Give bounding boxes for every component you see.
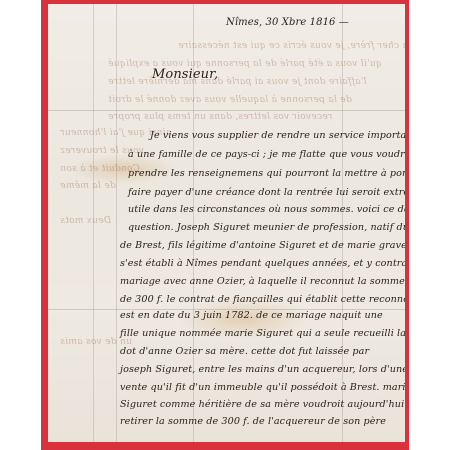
- letter-body-line: à une famille de ce pays-ci ; je me flat…: [128, 149, 405, 160]
- letter-body-line: s'est établi à Nîmes pendant quelques an…: [120, 258, 405, 269]
- bleed-through-text: qu'il vous a été parlé de la personne qu…: [108, 59, 382, 69]
- letter-body-line: fille unique nommée marie Siguret qui a …: [120, 328, 405, 339]
- letter-body-line: Siguret comme héritière de sa mère voudr…: [120, 399, 404, 410]
- letter-body-line: faire payer d'une créance dont la rentré…: [128, 187, 405, 198]
- fold-line: [48, 110, 405, 111]
- bleed-through-text: l'affaire dont je vous ai parlé dans ma …: [108, 77, 367, 87]
- letter-body-line: de Brest, fils légitime d'antoine Sigure…: [120, 240, 405, 251]
- letter-body-line: est en date du 3 juin 1782. de ce mariag…: [120, 310, 383, 321]
- letter-body-line: de 300 f. le contrat de fiançailles qui …: [120, 294, 405, 305]
- bleed-through-text: mon cher frère, je vous écris ce qui est…: [178, 41, 405, 51]
- letter-body-line: mariage avec anne Ozier, à laquelle il r…: [120, 276, 405, 287]
- bleed-through-text: Deux mots: [60, 216, 111, 226]
- letter-body-line: vente qu'il fit d'un immeuble qu'il poss…: [120, 382, 405, 393]
- letter-body-line: prendre les renseignemens qui pourront l…: [128, 168, 405, 179]
- letter-date: Nîmes, 30 Xbre 1816 —: [226, 17, 349, 28]
- letter-paper: mon cher frère, je vous écris ce qui est…: [48, 4, 405, 442]
- letter-body-line: Je viens vous supplier de rendre un serv…: [150, 130, 405, 141]
- letter-body-line: utile dans les circonstances où nous som…: [128, 204, 405, 215]
- letter-body-line: retirer la somme de 300 f. de l'acquereu…: [120, 416, 386, 427]
- letter-body-line: dot d'anne Ozier sa mère. cette dot fut …: [120, 346, 369, 357]
- letter-body-line: joseph Siguret, entre les mains d'un acq…: [120, 364, 405, 375]
- letter-salutation: Monsieur,: [152, 67, 218, 82]
- bleed-through-text: de la même: [60, 181, 116, 191]
- bleed-through-text: de la personne à laquelle vous avez donn…: [108, 95, 352, 105]
- letter-body-line: question. Joseph Siguret meunier de prof…: [128, 222, 405, 233]
- bleed-through-text: recevoir vos lettres, dans un tems plus …: [108, 112, 332, 122]
- fold-line: [116, 4, 117, 442]
